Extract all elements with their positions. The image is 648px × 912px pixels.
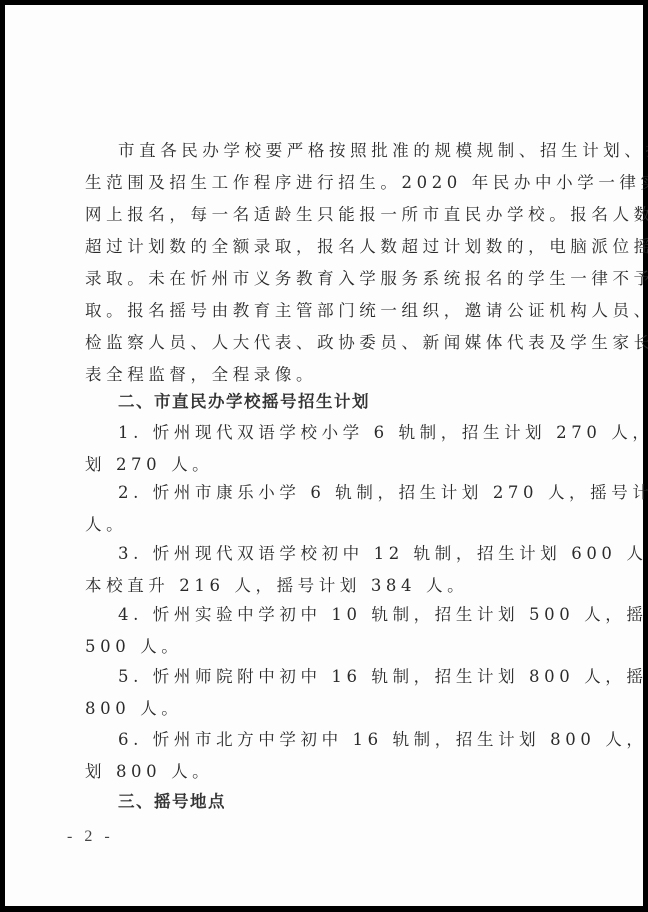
text-line: 人。 xyxy=(85,513,575,537)
text-line: 500 人。 xyxy=(85,635,575,659)
text-line: 市直各民办学校要严格按照批准的规模规制、招生计划、招 xyxy=(118,139,608,163)
text-line: 6. 忻州市北方中学初中 16 轨制，招生计划 800 人，摇号计 xyxy=(118,728,608,752)
text-line: 取。报名摇号由教育主管部门统一组织，邀请公证机构人员、纪 xyxy=(85,299,575,323)
section-heading-enrollment-plan: 二、市直民办学校摇号招生计划 xyxy=(118,390,608,414)
text-line: 录取。未在忻州市义务教育入学服务系统报名的学生一律不予录 xyxy=(85,267,575,291)
text-line: 3. 忻州现代双语学校初中 12 轨制，招生计划 600 人。核减 xyxy=(118,542,608,566)
text-line: 表全程监督，全程录像。 xyxy=(85,363,575,387)
text-line: 本校直升 216 人，摇号计划 384 人。 xyxy=(85,574,575,598)
text-line: 超过计划数的全额录取，报名人数超过计划数的，电脑派位摇号 xyxy=(85,235,575,259)
document-page: 市直各民办学校要严格按照批准的规模规制、招生计划、招 生范围及招生工作程序进行招… xyxy=(5,5,643,906)
text-line: 网上报名，每一名适龄生只能报一所市直民办学校。报名人数未 xyxy=(85,203,575,227)
text-line: 生范围及招生工作程序进行招生。2020 年民办中小学一律实行 xyxy=(85,171,575,195)
text-line: 检监察人员、人大代表、政协委员、新闻媒体代表及学生家长代 xyxy=(85,331,575,355)
text-line: 2. 忻州市康乐小学 6 轨制，招生计划 270 人，摇号计划 270 xyxy=(118,481,608,505)
section-heading-lottery-location: 三、摇号地点 xyxy=(118,790,608,814)
text-line: 划 800 人。 xyxy=(85,760,575,784)
text-line: 800 人。 xyxy=(85,697,575,721)
text-line: 4. 忻州实验中学初中 10 轨制，招生计划 500 人，摇号计划 xyxy=(118,603,608,627)
page-number: - 2 - xyxy=(67,828,114,846)
text-line: 划 270 人。 xyxy=(85,453,575,477)
text-line: 5. 忻州师院附中初中 16 轨制，招生计划 800 人，摇号计划 xyxy=(118,665,608,689)
text-line: 1. 忻州现代双语学校小学 6 轨制，招生计划 270 人，摇号计 xyxy=(118,421,608,445)
